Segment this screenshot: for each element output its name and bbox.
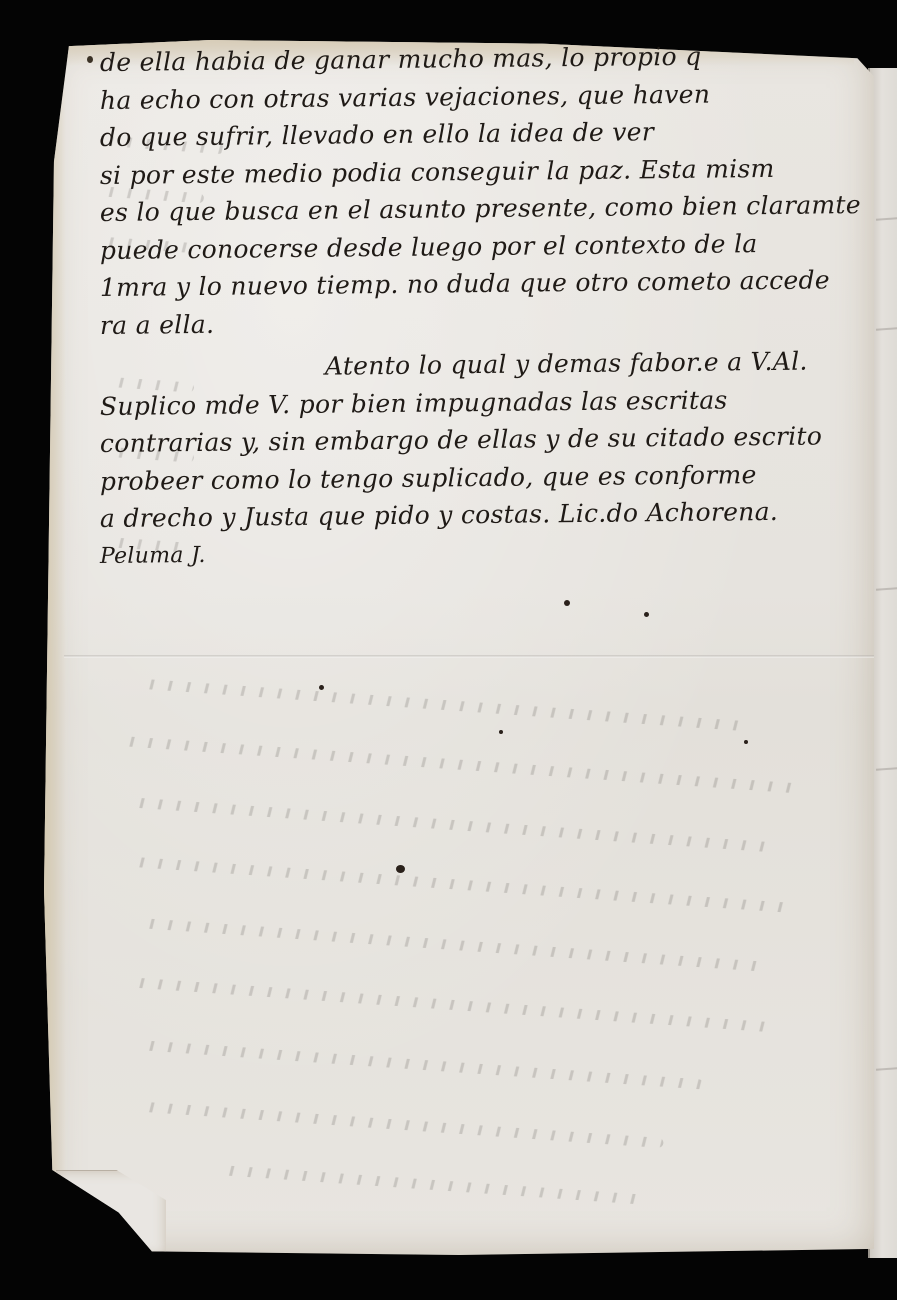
- paragraph-1: de ella habia de ganar mucho mas, lo pro…: [150, 48, 840, 348]
- page-stain-left: [44, 60, 66, 1210]
- manuscript-text: de ella habia de ganar mucho mas, lo pro…: [150, 48, 840, 581]
- text-line: ra a ella.: [100, 303, 840, 348]
- text-line: a drecho y Justa que pido y costas. Lic.…: [100, 496, 840, 541]
- scan-background: de ella habia de ganar mucho mas, lo pro…: [0, 0, 897, 1300]
- paragraph-2: Atento lo qual y demas fabor.e a V.Al. S…: [150, 354, 840, 581]
- binding-hole: [87, 56, 93, 63]
- signature: Peluma J.: [100, 536, 840, 581]
